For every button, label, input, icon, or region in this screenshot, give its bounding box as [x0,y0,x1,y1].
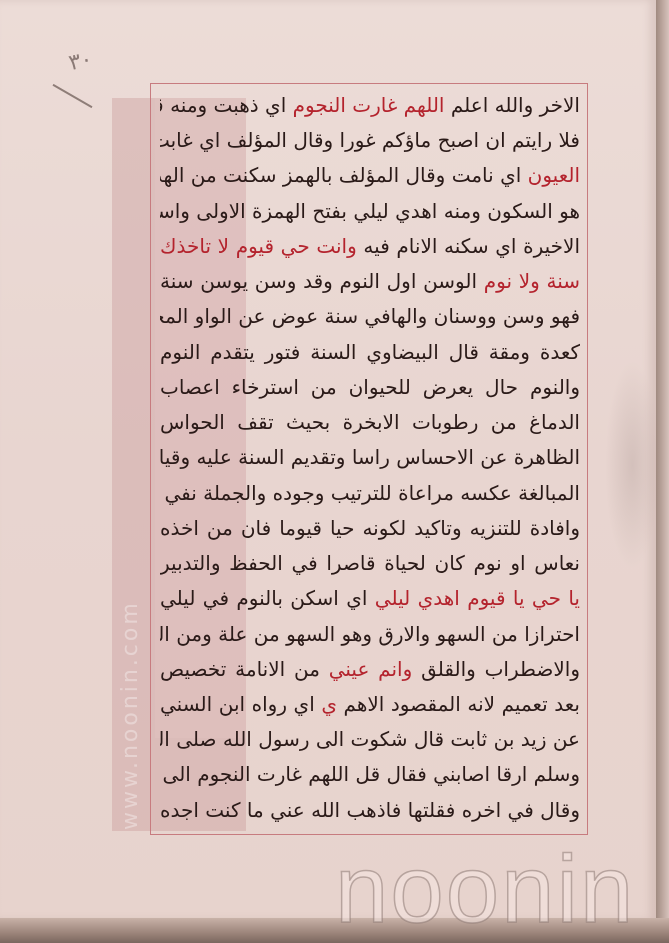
manuscript-line: الاخيرة اي سكنه الانام فيه وانت حي قيوم … [160,229,580,264]
manuscript-line: فهو وسن ووسنان والهافي سنة عوض عن الواو … [160,299,580,334]
body-text: وقال في اخره فقلتها فاذهب الله عني ما كن… [160,798,580,822]
body-text: اي نامت وقال المؤلف بالهمز سكنت من الهدو… [160,163,528,187]
manuscript-line: فلا رايتم ان اصبح ماؤكم غورا وقال المؤلف… [160,123,580,158]
manuscript-line: وقال في اخره فقلتها فاذهب الله عني ما كن… [160,793,580,828]
body-text: نعاس او نوم كان لحياة قاصرا في الحفظ وال… [160,551,580,575]
rubric-text: اللهم غارت النجوم [293,93,445,117]
manuscript-line: سنة ولا نوم الوسن اول النوم وقد وسن يوسن… [160,264,580,299]
manuscript-line: الدماغ من رطوبات الابخرة بحيث تقف الحواس [160,405,580,440]
manuscript-line: وافادة للتنزيه وتاكيد لكونه حيا قيوما فا… [160,511,580,546]
body-text: والنوم حال يعرض للحيوان من استرخاء اعصاب [160,375,580,399]
rubric-text: يا حي يا قيوم اهدي ليلي [375,586,580,610]
manuscript-line: الظاهرة عن الاحساس راسا وتقديم السنة علي… [160,440,580,475]
manuscript-line: العيون اي نامت وقال المؤلف بالهمز سكنت م… [160,158,580,193]
body-text: الاخيرة اي سكنه الانام فيه [357,234,580,258]
manuscript-line: هو السكون ومنه اهدي ليلي بفتح الهمزة الا… [160,194,580,229]
body-text: وافادة للتنزيه وتاكيد لكونه حيا قيوما فا… [160,516,580,540]
rubric-text: وانم عيني [329,657,413,681]
body-text: عن زيد بن ثابت قال شكوت الى رسول الله صل… [160,727,580,751]
body-text: احترازا من السهو والارق وهو السهو من علة… [160,622,580,646]
manuscript-text-block: الاخر والله اعلم اللهم غارت النجوم اي ذه… [160,88,580,828]
body-text: اي اسكن بالنوم في ليلي [160,586,375,610]
body-text: الوسن اول النوم وقد وسن يوسن سنة [160,269,484,293]
body-text: والاضطراب والقلق [412,657,580,681]
rubric-text: وانت حي قيوم لا تاخذك [160,234,357,258]
body-text: بعد تعميم لانه المقصود الاهم [337,692,580,716]
body-text: فهو وسن ووسنان والهافي سنة عوض عن الواو … [160,304,580,328]
manuscript-line: عن زيد بن ثابت قال شكوت الى رسول الله صل… [160,722,580,757]
body-text: الظاهرة عن الاحساس راسا وتقديم السنة علي… [160,445,580,469]
manuscript-line: وسلم ارقا اصابني فقال قل اللهم غارت النج… [160,757,580,792]
faint-minaret-ornament [605,360,660,570]
body-text: فلا رايتم ان اصبح ماؤكم غورا وقال المؤلف… [160,128,580,152]
rubric-text: العيون [528,163,580,187]
manuscript-line: الاخر والله اعلم اللهم غارت النجوم اي ذه… [160,88,580,123]
manuscript-line: كعدة ومقة قال البيضاوي السنة فتور يتقدم … [160,335,580,370]
body-text: الاخر والله اعلم [444,93,580,117]
body-text: كعدة ومقة قال البيضاوي السنة فتور يتقدم … [160,340,580,364]
rubric-text: سنة ولا نوم [484,269,580,293]
body-text: هو السكون ومنه اهدي ليلي بفتح الهمزة الا… [160,199,580,223]
manuscript-line: احترازا من السهو والارق وهو السهو من علة… [160,617,580,652]
manuscript-line: والنوم حال يعرض للحيوان من استرخاء اعصاب [160,370,580,405]
body-text: من الانامة تخصيص [160,657,329,681]
watermark-vertical-text: www.noonin.com [118,600,143,830]
watermark-logo: noonin [335,842,635,938]
body-text: وسلم ارقا اصابني فقال قل اللهم غارت النج… [160,762,580,786]
rubric-text: ي [321,692,337,716]
manuscript-line: نعاس او نوم كان لحياة قاصرا في الحفظ وال… [160,546,580,581]
manuscript-line: يا حي يا قيوم اهدي ليلي اي اسكن بالنوم ف… [160,581,580,616]
manuscript-line: المبالغة عكسه مراعاة للترتيب وجوده والجم… [160,476,580,511]
body-text: المبالغة عكسه مراعاة للترتيب وجوده والجم… [160,481,580,505]
body-text: الدماغ من رطوبات الابخرة بحيث تقف الحواس [160,410,580,434]
manuscript-line: والاضطراب والقلق وانم عيني من الانامة تخ… [160,652,580,687]
body-text: اي رواه ابن السني [160,692,321,716]
body-text: اي ذهبت ومنه قوله [160,93,293,117]
manuscript-line: بعد تعميم لانه المقصود الاهم ي اي رواه ا… [160,687,580,722]
